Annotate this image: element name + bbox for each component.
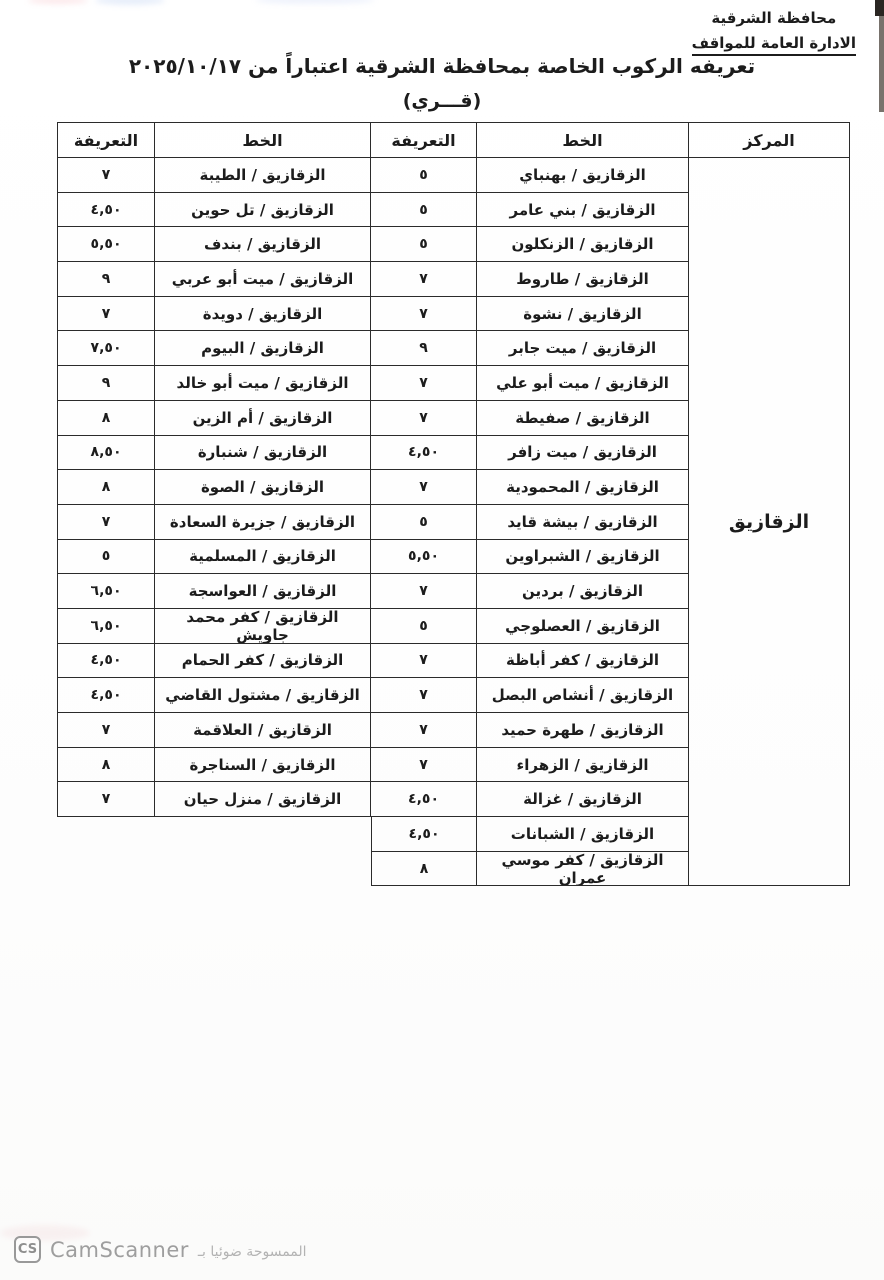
route-cell: الزقازيق / بني عامر bbox=[477, 193, 689, 228]
tariff-cell: ٥ bbox=[57, 540, 155, 575]
route-cell: الزقازيق / العلاقمة bbox=[155, 713, 371, 748]
camscanner-brand-text: CamScanner bbox=[50, 1238, 189, 1262]
route-cell: الزقازيق / بندف bbox=[155, 227, 371, 262]
route-cell: الزقازيق / أم الزين bbox=[155, 401, 371, 436]
route-cell: الزقازيق / طاروط bbox=[477, 262, 689, 297]
tariff-cell: ٦,٥٠ bbox=[57, 609, 155, 644]
tariff-cell: ٤,٥٠ bbox=[57, 644, 155, 679]
route-cell: الزقازيق / منزل حيان bbox=[155, 782, 371, 817]
tariff-cell: ٧ bbox=[371, 262, 477, 297]
tariff-cell: ٥ bbox=[371, 227, 477, 262]
tariff-cell: ٤,٥٠ bbox=[371, 817, 477, 852]
route-cell: الزقازيق / تل حوين bbox=[155, 193, 371, 228]
tariff-cell: ٨ bbox=[57, 748, 155, 783]
route-cell: الزقازيق / الطيبة bbox=[155, 158, 371, 193]
tariff-cell: ٤,٥٠ bbox=[57, 678, 155, 713]
route-cell: الزقازيق / كفر محمد جاويش bbox=[155, 609, 371, 644]
governorate-name: محافظة الشرقية bbox=[692, 9, 856, 27]
tariff-cell: ٧ bbox=[371, 644, 477, 679]
tariff-cell: ٥ bbox=[371, 193, 477, 228]
tariff-cell: ٧ bbox=[371, 297, 477, 332]
tariff-cell: ٧ bbox=[371, 678, 477, 713]
route-cell: الزقازيق / ميت جابر bbox=[477, 331, 689, 366]
tariff-cell: ٧ bbox=[371, 748, 477, 783]
scan-corner-artifact bbox=[875, 0, 884, 16]
tariff-cell: ٧ bbox=[371, 366, 477, 401]
route-cell: الزقازيق / نشوة bbox=[477, 297, 689, 332]
tariff-cell: ٤,٥٠ bbox=[57, 193, 155, 228]
header-markaz: المركز bbox=[689, 122, 850, 158]
header-tariff-left: التعريفة bbox=[57, 122, 155, 158]
scanned-document-page: { "org": { "line1": "محافظة الشرقية", "l… bbox=[0, 0, 884, 1280]
org-header: محافظة الشرقية الادارة العامة للمواقف bbox=[692, 9, 856, 56]
route-cell: الزقازيق / طهرة حميد bbox=[477, 713, 689, 748]
tariff-cell: ٧ bbox=[57, 505, 155, 540]
camscanner-logo-icon: CS bbox=[14, 1236, 41, 1263]
tariff-cell: ٥,٥٠ bbox=[371, 540, 477, 575]
document-title: تعريفه الركوب الخاصة بمحافظة الشرقية اعت… bbox=[0, 54, 884, 78]
route-cell: الزقازيق / كفر موسي عمران bbox=[477, 852, 689, 887]
route-cell: الزقازيق / ميت أبو خالد bbox=[155, 366, 371, 401]
tariff-cell: ٧,٥٠ bbox=[57, 331, 155, 366]
route-cell: الزقازيق / العواسجة bbox=[155, 574, 371, 609]
tariff-cell: ٨ bbox=[371, 852, 477, 887]
tariff-cell: ٤,٥٠ bbox=[371, 436, 477, 471]
route-cell: الزقازيق / البيوم bbox=[155, 331, 371, 366]
route-cell: الزقازيق / العصلوجي bbox=[477, 609, 689, 644]
route-cell: الزقازيق / الشبراوين bbox=[477, 540, 689, 575]
route-cell: الزقازيق / كفر الحمام bbox=[155, 644, 371, 679]
tariff-cell: ٨ bbox=[57, 470, 155, 505]
tariff-cell: ٧ bbox=[371, 470, 477, 505]
tariff-cell: ٨,٥٠ bbox=[57, 436, 155, 471]
route-cell: الزقازيق / الزنكلون bbox=[477, 227, 689, 262]
route-cell: الزقازيق / دويدة bbox=[155, 297, 371, 332]
tariff-cell: ٥ bbox=[371, 158, 477, 193]
route-cell: الزقازيق / ميت زافر bbox=[477, 436, 689, 471]
scan-smudge bbox=[28, 0, 88, 4]
tariff-cell: ٥,٥٠ bbox=[57, 227, 155, 262]
route-cell: الزقازيق / المسلمية bbox=[155, 540, 371, 575]
tariff-cell: ٧ bbox=[57, 713, 155, 748]
tariff-cell: ٧ bbox=[57, 297, 155, 332]
route-cell: الزقازيق / غزالة bbox=[477, 782, 689, 817]
document-subtitle: (قـــري) bbox=[0, 90, 884, 112]
route-cell: الزقازيق / كفر أباظة bbox=[477, 644, 689, 679]
header-line-right: الخط bbox=[477, 122, 689, 158]
route-cell: الزقازيق / المحمودية bbox=[477, 470, 689, 505]
tariff-cell: ٩ bbox=[371, 331, 477, 366]
route-cell: الزقازيق / أنشاص البصل bbox=[477, 678, 689, 713]
department-name: الادارة العامة للمواقف bbox=[692, 34, 856, 56]
tariff-table: التعريفة الخط التعريفة الخط المركز الزقا… bbox=[57, 122, 850, 886]
tariff-cell: ٥ bbox=[371, 505, 477, 540]
camscanner-watermark: CS CamScanner الممسوحة ضوئيا بـ bbox=[14, 1236, 307, 1263]
tariff-cell: ٥ bbox=[371, 609, 477, 644]
tariff-cell: ٧ bbox=[371, 401, 477, 436]
markaz-cell: الزقازيق bbox=[689, 158, 850, 886]
scan-smudge bbox=[255, 0, 375, 4]
route-cell: الزقازيق / الصوة bbox=[155, 470, 371, 505]
header-line-left: الخط bbox=[155, 122, 371, 158]
tariff-cell: ٧ bbox=[57, 782, 155, 817]
tariff-cell: ٩ bbox=[57, 366, 155, 401]
tariff-cell: ٧ bbox=[371, 713, 477, 748]
route-cell: الزقازيق / ميت أبو علي bbox=[477, 366, 689, 401]
scan-smudge bbox=[95, 0, 165, 5]
tariff-cell: ٦,٥٠ bbox=[57, 574, 155, 609]
tariff-cell: ٩ bbox=[57, 262, 155, 297]
route-cell: الزقازيق / بردين bbox=[477, 574, 689, 609]
tariff-cell: ٧ bbox=[371, 574, 477, 609]
camscanner-arabic-text: الممسوحة ضوئيا بـ bbox=[198, 1240, 307, 1260]
route-cell: الزقازيق / ميت أبو عربي bbox=[155, 262, 371, 297]
route-cell: الزقازيق / بيشة قايد bbox=[477, 505, 689, 540]
route-cell: الزقازيق / السناجرة bbox=[155, 748, 371, 783]
tariff-cell: ٨ bbox=[57, 401, 155, 436]
route-cell: الزقازيق / الزهراء bbox=[477, 748, 689, 783]
tariff-cell: ٧ bbox=[57, 158, 155, 193]
route-cell: الزقازيق / جزيرة السعادة bbox=[155, 505, 371, 540]
route-cell: الزقازيق / بهنباي bbox=[477, 158, 689, 193]
route-cell: الزقازيق / الشبانات bbox=[477, 817, 689, 852]
tariff-cell: ٤,٥٠ bbox=[371, 782, 477, 817]
route-cell: الزقازيق / صفيطة bbox=[477, 401, 689, 436]
route-cell: الزقازيق / مشتول القاضي bbox=[155, 678, 371, 713]
header-tariff-right: التعريفة bbox=[371, 122, 477, 158]
route-cell: الزقازيق / شنبارة bbox=[155, 436, 371, 471]
